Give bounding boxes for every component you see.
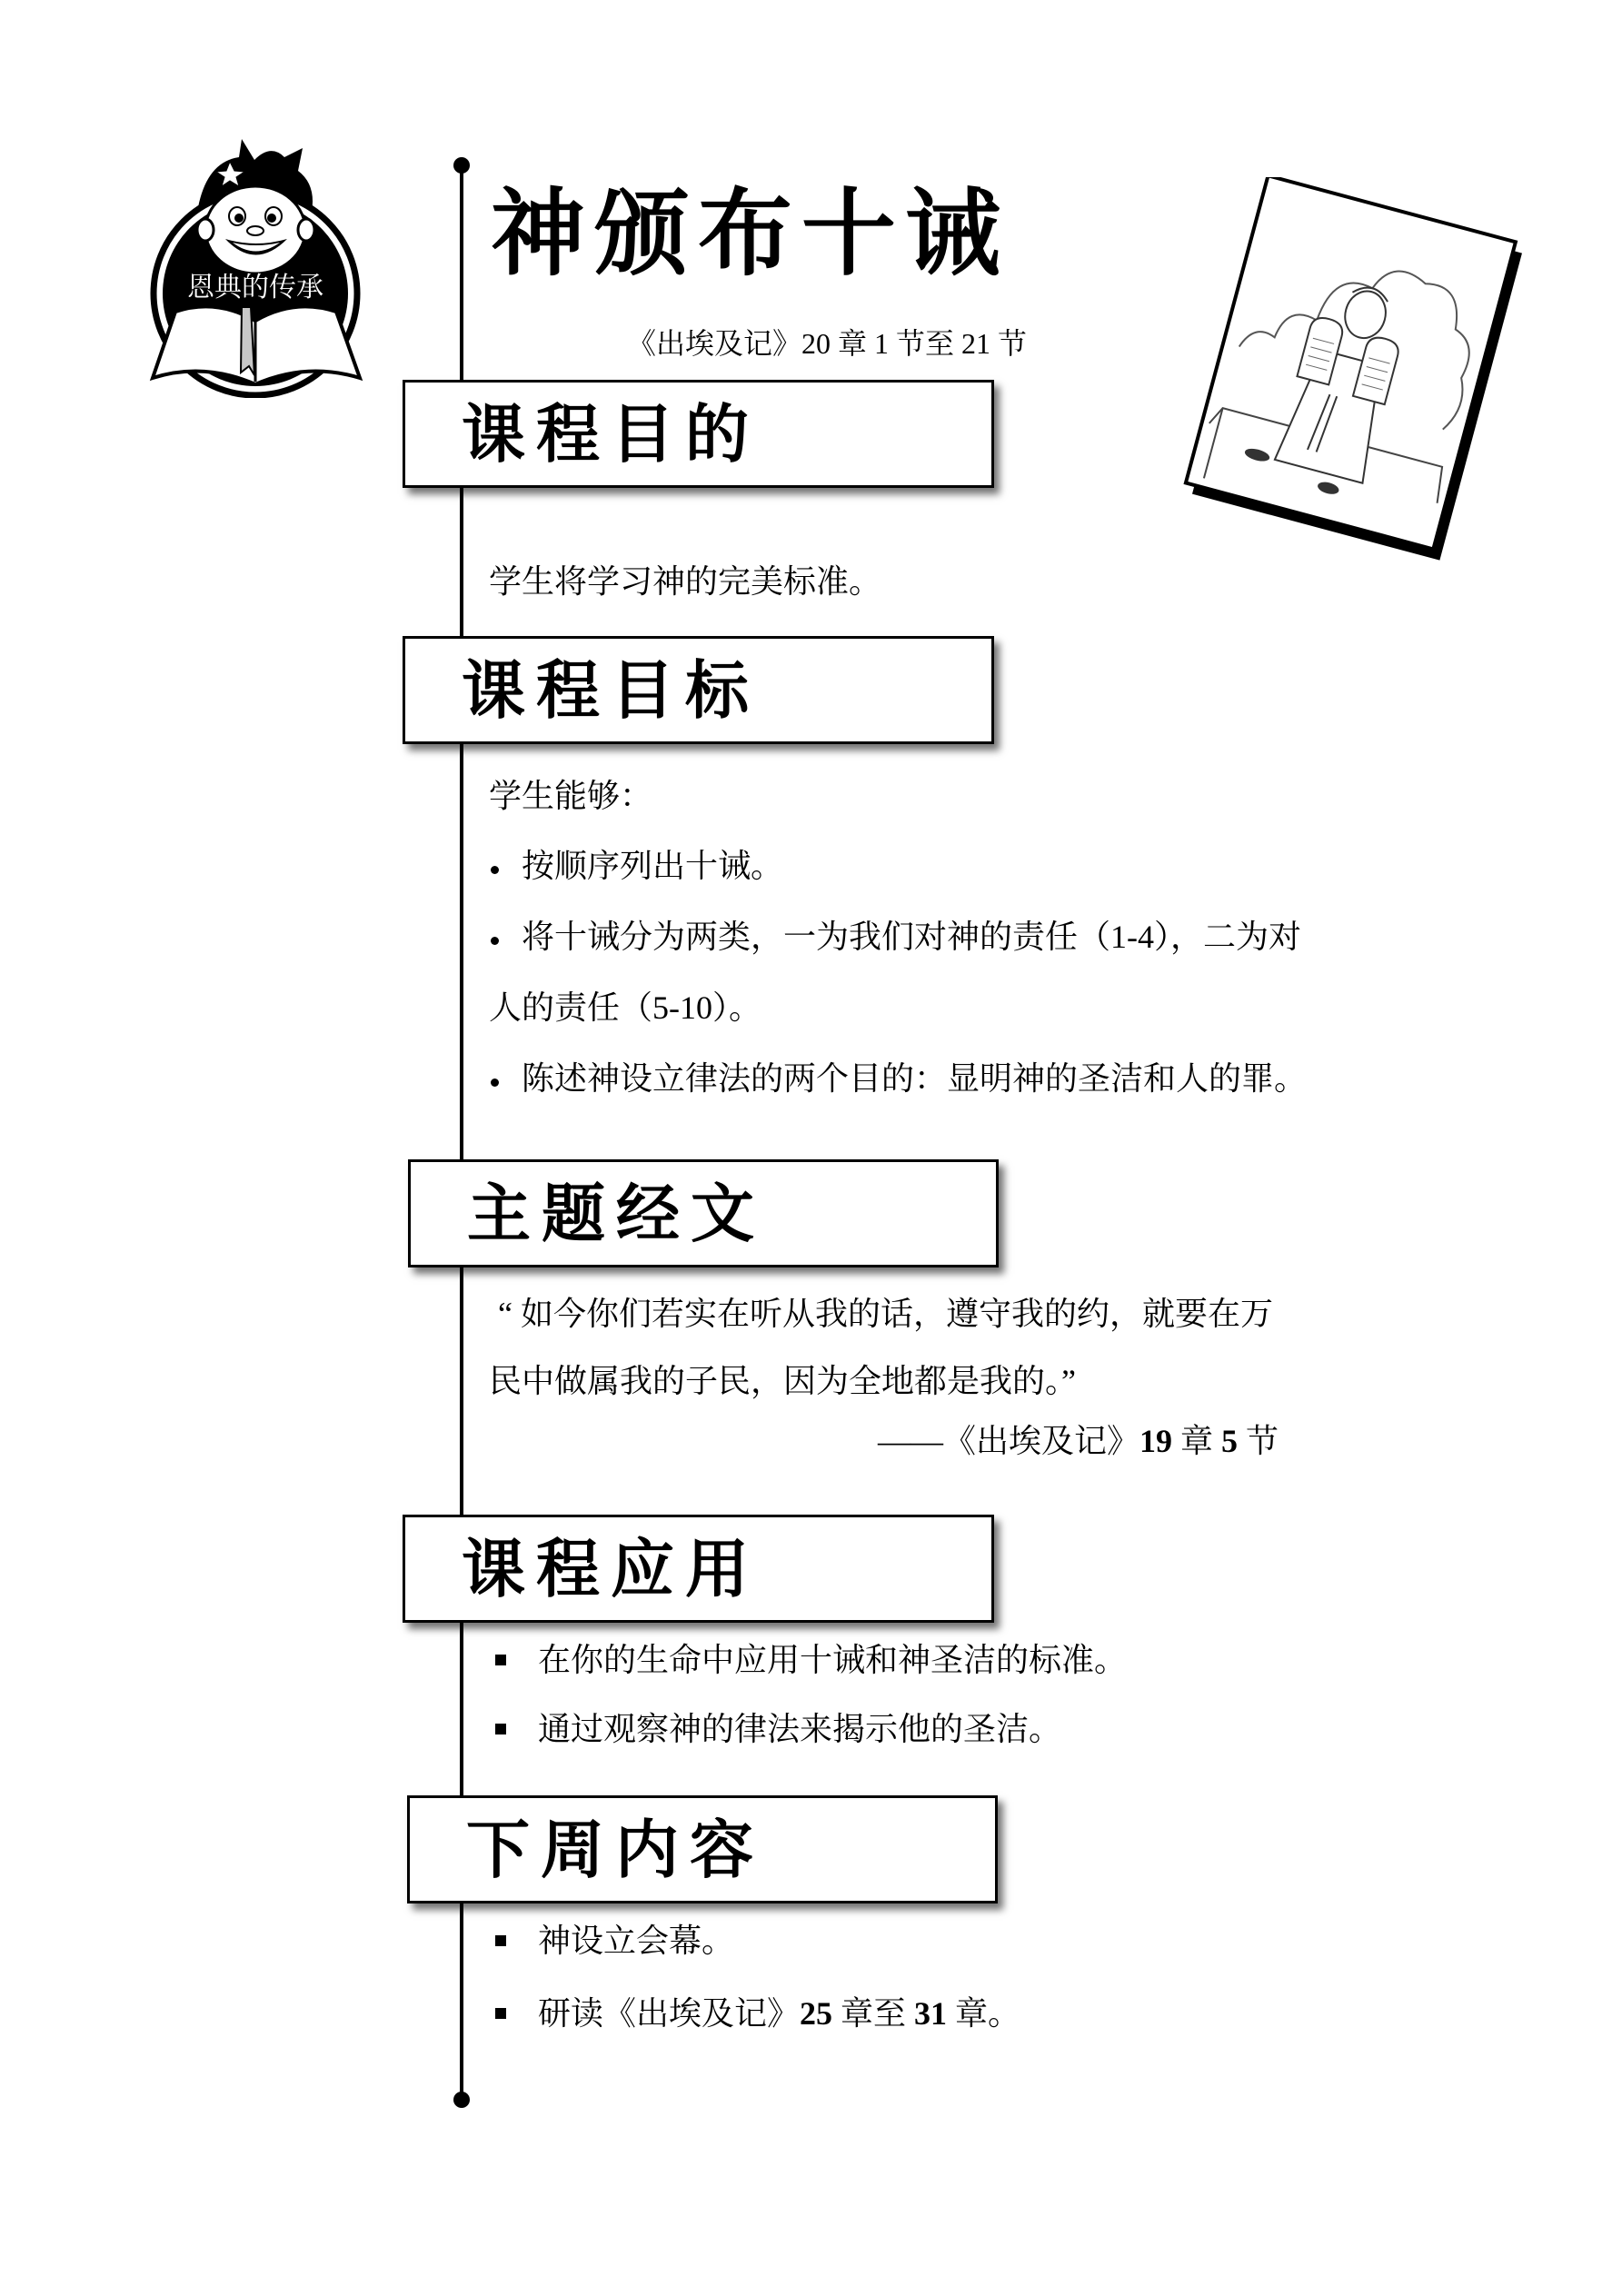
moses-illustration xyxy=(1170,177,1534,586)
next-week-chapter-end: 31 xyxy=(914,1995,947,2032)
square-bullet-icon xyxy=(495,1655,506,1665)
citation-verse-unit: 节 xyxy=(1238,1423,1279,1459)
square-bullet-icon xyxy=(495,1935,506,1946)
citation-chapter: 19 xyxy=(1139,1423,1172,1459)
next-week-item: 神设立会幕。 xyxy=(538,1924,734,1957)
application-item: 通过观察神的律法来揭示他的圣洁。 xyxy=(538,1713,1061,1745)
bullet-icon xyxy=(491,866,499,874)
moses-with-tablets-icon xyxy=(1170,177,1534,586)
memory-verse-line-2: 民中做属我的子民，因为全地都是我的。” xyxy=(489,1365,1076,1397)
application-item: 在你的生命中应用十诫和神圣洁的标准。 xyxy=(538,1644,1127,1676)
section-header-objectives: 课程目标 xyxy=(403,636,994,744)
bullet-icon xyxy=(491,1078,499,1087)
section-title-next-week: 下周内容 xyxy=(466,1818,764,1882)
logo: 恩典的传承 xyxy=(134,134,380,398)
next-week-item: 研读《出埃及记》25 章至 31 章。 xyxy=(538,1997,1020,2030)
section-header-purpose: 课程目的 xyxy=(403,380,994,488)
logo-text: 恩典的传承 xyxy=(187,272,323,303)
section-title-memory-verse: 主题经文 xyxy=(467,1182,765,1246)
bullet-icon xyxy=(491,937,499,945)
section-title-objectives: 课程目标 xyxy=(462,659,760,722)
citation-verse: 5 xyxy=(1221,1423,1238,1459)
boy-reading-book-icon: 恩典的传承 xyxy=(134,134,380,398)
memory-verse-line-1: “ 如今你们若实在听从我的话，遵守我的约，就要在万 xyxy=(498,1297,1273,1330)
square-bullet-icon xyxy=(495,2008,506,2019)
memory-verse-citation: ——《出埃及记》19 章 5 节 xyxy=(878,1425,1279,1457)
citation-prefix: ——《出埃及记》 xyxy=(878,1423,1139,1459)
objective-item: 陈述神设立律法的两个目的：显明神的圣洁和人的罪。 xyxy=(522,1062,1307,1095)
objective-item: 按顺序列出十诫。 xyxy=(522,850,783,882)
citation-chapter-unit: 章 xyxy=(1172,1423,1221,1459)
purpose-text: 学生将学习神的完美标准。 xyxy=(489,565,881,598)
timeline-bottom-dot xyxy=(453,2092,470,2108)
objective-item: 将十诫分为两类，一为我们对神的责任（1-4），二为对 xyxy=(522,920,1301,953)
objectives-intro: 学生能够： xyxy=(489,780,652,812)
next-week-item2-suffix: 章。 xyxy=(947,1995,1020,2032)
next-week-item2-mid: 章至 xyxy=(832,1995,914,2032)
square-bullet-icon xyxy=(495,1724,506,1734)
section-header-memory-verse: 主题经文 xyxy=(408,1159,999,1267)
next-week-chapter-start: 25 xyxy=(800,1995,832,2032)
scripture-reference: 《出埃及记》20 章 1 节至 21 节 xyxy=(627,329,1027,358)
section-title-application: 课程应用 xyxy=(462,1537,760,1601)
timeline-top-dot xyxy=(453,157,470,174)
objective-item-continued: 人的责任（5-10）。 xyxy=(489,991,761,1024)
page-title: 神颁布十诫 xyxy=(491,186,1009,281)
section-title-purpose: 课程目的 xyxy=(462,403,760,466)
section-header-next-week: 下周内容 xyxy=(407,1795,998,1903)
section-header-application: 课程应用 xyxy=(403,1515,994,1623)
next-week-item2-prefix: 研读《出埃及记》 xyxy=(538,1995,800,2032)
